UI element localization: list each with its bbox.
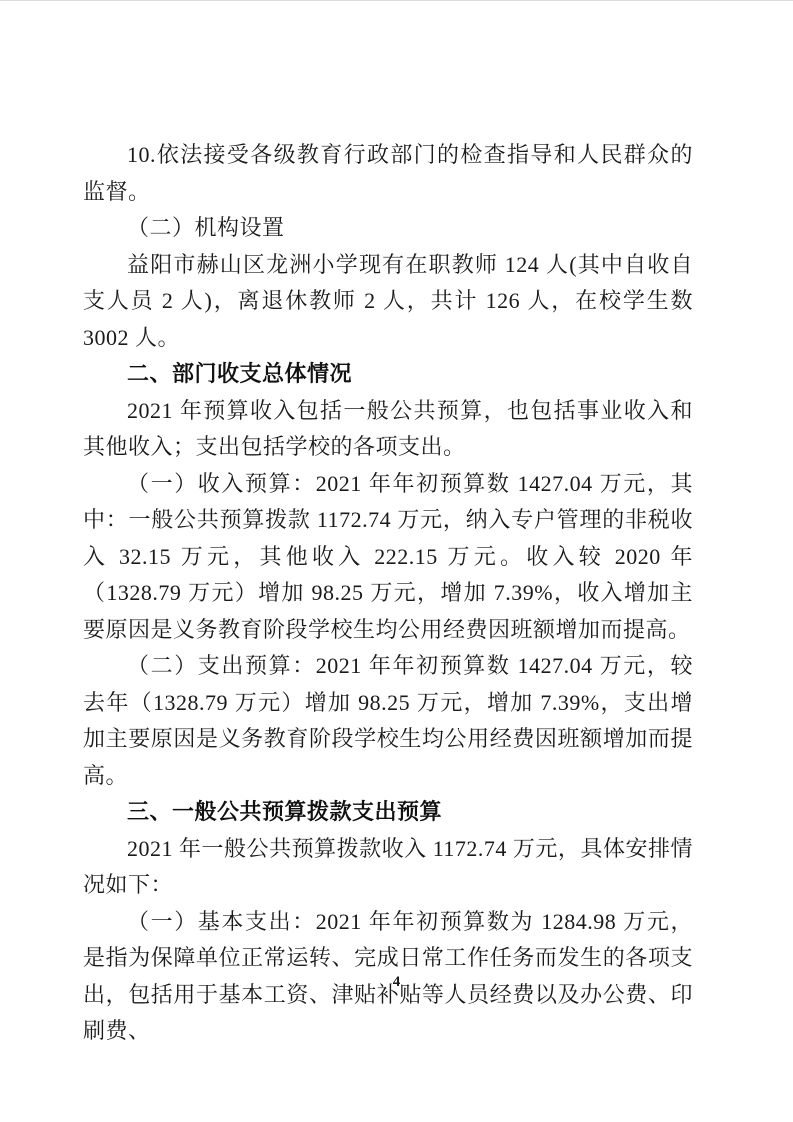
paragraph: 2021 年预算收入包括一般公共预算，也包括事业收入和其他收入；支出包括学校的各…	[83, 393, 693, 466]
paragraph: 10.依法接受各级教育行政部门的检查指导和人民群众的监督。	[83, 137, 693, 210]
section-heading: 二、部门收支总体情况	[83, 356, 693, 393]
document-body: 10.依法接受各级教育行政部门的检查指导和人民群众的监督。（二）机构设置益阳市赫…	[83, 137, 693, 1050]
paragraph: （二）支出预算：2021 年年初预算数 1427.04 万元，较去年（1328.…	[83, 648, 693, 794]
section-heading: 三、一般公共预算拨款支出预算	[83, 794, 693, 831]
paragraph: 2021 年一般公共预算拨款收入 1172.74 万元，具体安排情况如下：	[83, 831, 693, 904]
paragraph: 益阳市赫山区龙洲小学现有在职教师 124 人(其中自收自支人员 2 人)，离退休…	[83, 247, 693, 357]
paragraph: （一）收入预算：2021 年年初预算数 1427.04 万元，其中：一般公共预算…	[83, 466, 693, 649]
page-footer: 4	[0, 973, 793, 991]
paragraph: （二）机构设置	[83, 210, 693, 247]
page-number: 4	[393, 974, 401, 990]
document-page: 10.依法接受各级教育行政部门的检查指导和人民群众的监督。（二）机构设置益阳市赫…	[0, 0, 793, 1122]
